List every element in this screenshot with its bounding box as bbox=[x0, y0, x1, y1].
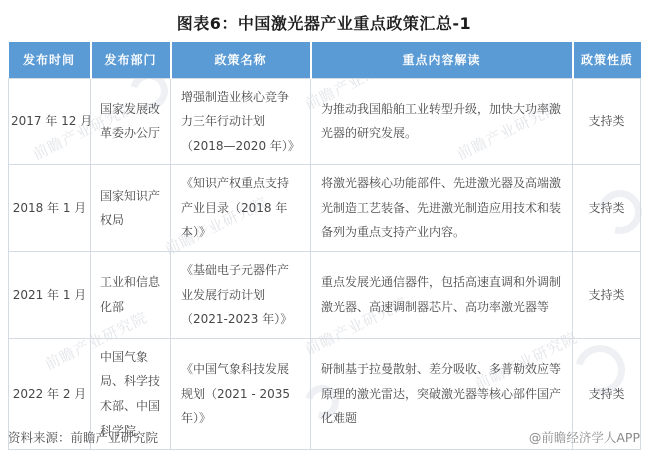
report-figure-page: 前瞻产业研究院 前瞻产业研究院 前瞻产业研究院 前瞻产业研究院 前瞻产业研究院 … bbox=[0, 0, 648, 458]
cell-policy: 《基础电子元器件产业发展行动计划（2021-2023 年）》 bbox=[171, 252, 311, 339]
column-header-policy: 政策名称 bbox=[171, 42, 311, 78]
table-header: 发布时间 发布部门 政策名称 重点内容解读 政策性质 bbox=[9, 42, 641, 78]
column-header-nature: 政策性质 bbox=[573, 42, 641, 78]
cell-content: 为推动我国船舶工业转型升级，加快大功率激光器的研究发展。 bbox=[311, 78, 573, 165]
cell-policy: 增强制造业核心竞争力三年行动计划（2018—2020 年）》 bbox=[171, 78, 311, 165]
cell-department: 工业和信息化部 bbox=[91, 252, 171, 339]
credit-label: @前瞻经济学人APP bbox=[529, 428, 640, 446]
cell-content: 重点发展光通信器件，包括高速直调和外调制激光器、高速调制器芯片、高功率激光器等 bbox=[311, 252, 573, 339]
table-row: 2018 年 1 月 国家知识产权局 《知识产权重点支持产业目录（2018 年本… bbox=[9, 165, 641, 252]
cell-department: 国家知识产权局 bbox=[91, 165, 171, 252]
cell-department: 国家发展改革委办公厅 bbox=[91, 78, 171, 165]
source-label: 资料来源：前瞻产业研究院 bbox=[8, 428, 158, 446]
column-header-department: 发布部门 bbox=[91, 42, 171, 78]
figure-title: 图表6：中国激光器产业重点政策汇总-1 bbox=[0, 0, 648, 42]
column-header-date: 发布时间 bbox=[9, 42, 91, 78]
table-row: 2021 年 1 月 工业和信息化部 《基础电子元器件产业发展行动计划（2021… bbox=[9, 252, 641, 339]
cell-nature: 支持类 bbox=[573, 78, 641, 165]
cell-date: 2017 年 12 月 bbox=[9, 78, 91, 165]
footer: 资料来源：前瞻产业研究院 @前瞻经济学人APP bbox=[8, 428, 640, 446]
cell-date: 2021 年 1 月 bbox=[9, 252, 91, 339]
table-row: 2017 年 12 月 国家发展改革委办公厅 增强制造业核心竞争力三年行动计划（… bbox=[9, 78, 641, 165]
cell-policy: 《知识产权重点支持产业目录（2018 年本）》 bbox=[171, 165, 311, 252]
policy-table: 发布时间 发布部门 政策名称 重点内容解读 政策性质 2017 年 12 月 国… bbox=[8, 42, 641, 450]
cell-nature: 支持类 bbox=[573, 252, 641, 339]
column-header-content: 重点内容解读 bbox=[311, 42, 573, 78]
cell-nature: 支持类 bbox=[573, 165, 641, 252]
cell-date: 2018 年 1 月 bbox=[9, 165, 91, 252]
cell-content: 将激光器核心功能部件、先进激光器及高端激光制造工艺装备、先进激光制造应用技术和装… bbox=[311, 165, 573, 252]
